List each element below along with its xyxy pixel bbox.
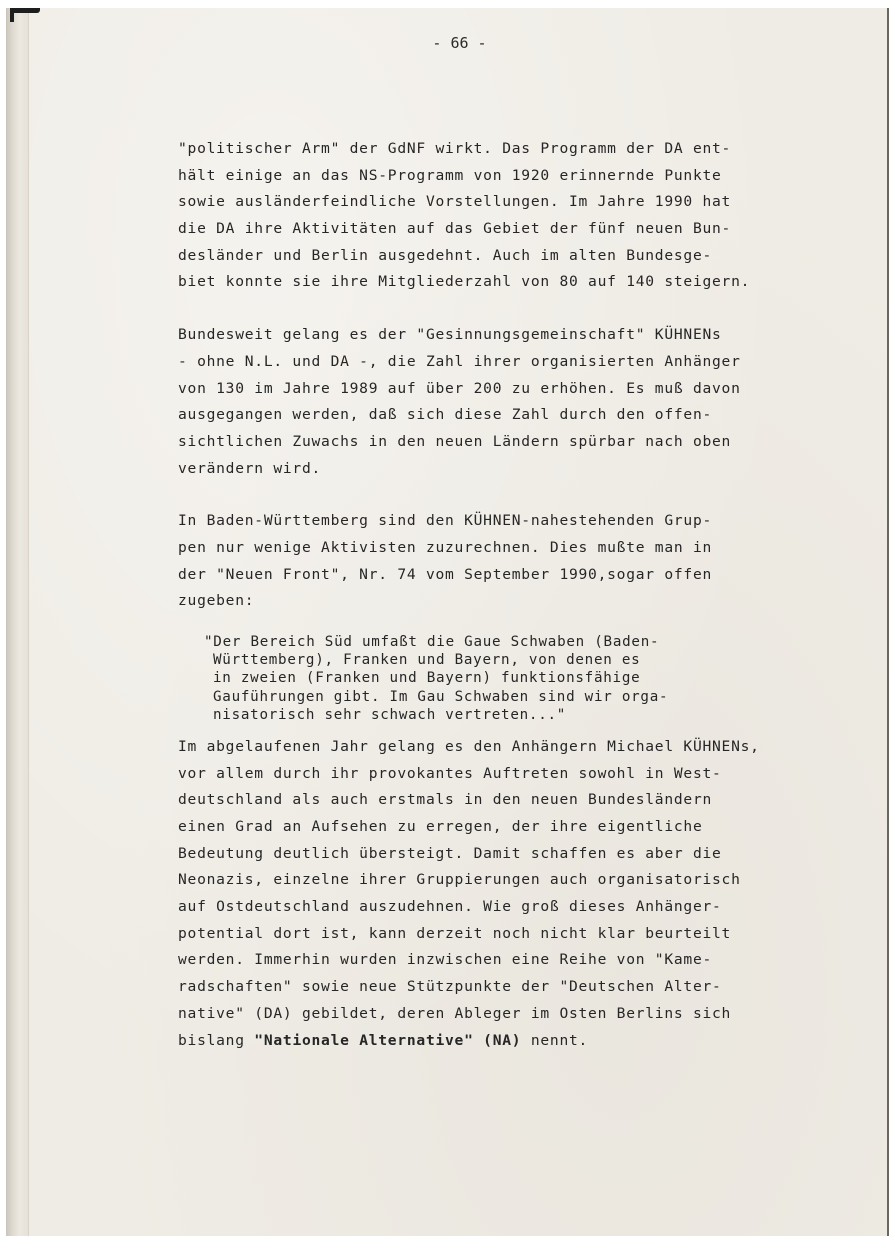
text-line: einen Grad an Aufsehen zu erregen, der i… (178, 814, 838, 841)
text-line: pen nur wenige Aktivisten zuzurechnen. D… (178, 535, 838, 562)
paragraph-2: Bundesweit gelang es der "Gesinnungsgeme… (178, 322, 838, 482)
block-quote: "Der Bereich Süd umfaßt die Gaue Schwabe… (204, 633, 838, 724)
text-line: von 130 im Jahre 1989 auf über 200 zu er… (178, 376, 838, 403)
quote-line: Württemberg), Franken und Bayern, von de… (204, 651, 838, 669)
text-line: Bundesweit gelang es der "Gesinnungsgeme… (178, 322, 838, 349)
text-line-last: bislang "Nationale Alternative" (NA) nen… (178, 1028, 838, 1055)
text-line: sichtlichen Zuwachs in den neuen Ländern… (178, 429, 838, 456)
text-line: desländer und Berlin ausgedehnt. Auch im… (178, 243, 838, 270)
document-body: "politischer Arm" der GdNF wirkt. Das Pr… (178, 136, 838, 1080)
text-line: - ohne N.L. und DA -, die Zahl ihrer org… (178, 349, 838, 376)
scan-corner-mark (10, 8, 40, 13)
text-line: hält einige an das NS-Programm von 1920 … (178, 163, 838, 190)
text-segment: bislang (178, 1032, 254, 1049)
text-line: deutschland als auch erstmals in den neu… (178, 787, 838, 814)
paragraph-4: Im abgelaufenen Jahr gelang es den Anhän… (178, 734, 838, 1054)
text-line: potential dort ist, kann derzeit noch ni… (178, 921, 838, 948)
text-line: Neonazis, einzelne ihrer Gruppierungen a… (178, 867, 838, 894)
text-line: ausgegangen werden, daß sich diese Zahl … (178, 402, 838, 429)
text-line: In Baden-Württemberg sind den KÜHNEN-nah… (178, 508, 838, 535)
text-line: Bedeutung deutlich übersteigt. Damit sch… (178, 841, 838, 868)
quote-line: in zweien (Franken und Bayern) funktions… (204, 669, 838, 687)
text-line: "politischer Arm" der GdNF wirkt. Das Pr… (178, 136, 838, 163)
scan-corner-mark-vertical (10, 8, 14, 22)
quote-line: Gauführungen gibt. Im Gau Schwaben sind … (204, 688, 838, 706)
text-line: der "Neuen Front", Nr. 74 vom September … (178, 562, 838, 589)
page-number: - 66 - (12, 34, 895, 52)
text-line: zugeben: (178, 588, 838, 615)
text-line: verändern wird. (178, 456, 838, 483)
page-binding-edge (6, 8, 29, 1236)
text-line: auf Ostdeutschland auszudehnen. Wie groß… (178, 894, 838, 921)
emphasized-organization-name: "Nationale Alternative" (NA) (254, 1032, 521, 1049)
text-line: biet konnte sie ihre Mitgliederzahl von … (178, 269, 838, 296)
text-line: radschaften" sowie neue Stützpunkte der … (178, 974, 838, 1001)
text-line: die DA ihre Aktivitäten auf das Gebiet d… (178, 216, 838, 243)
text-line: Im abgelaufenen Jahr gelang es den Anhän… (178, 734, 838, 761)
paragraph-3: In Baden-Württemberg sind den KÜHNEN-nah… (178, 508, 838, 615)
text-line: vor allem durch ihr provokantes Auftrete… (178, 761, 838, 788)
paragraph-1: "politischer Arm" der GdNF wirkt. Das Pr… (178, 136, 838, 296)
quote-line: "Der Bereich Süd umfaßt die Gaue Schwabe… (204, 633, 838, 651)
text-line: native" (DA) gebildet, deren Ableger im … (178, 1001, 838, 1028)
quote-line: nisatorisch sehr schwach vertreten..." (204, 706, 838, 724)
text-line: sowie ausländerfeindliche Vorstellungen.… (178, 189, 838, 216)
page-right-edge (887, 8, 889, 1236)
text-segment: nennt. (521, 1032, 588, 1049)
text-line: werden. Immerhin wurden inzwischen eine … (178, 947, 838, 974)
